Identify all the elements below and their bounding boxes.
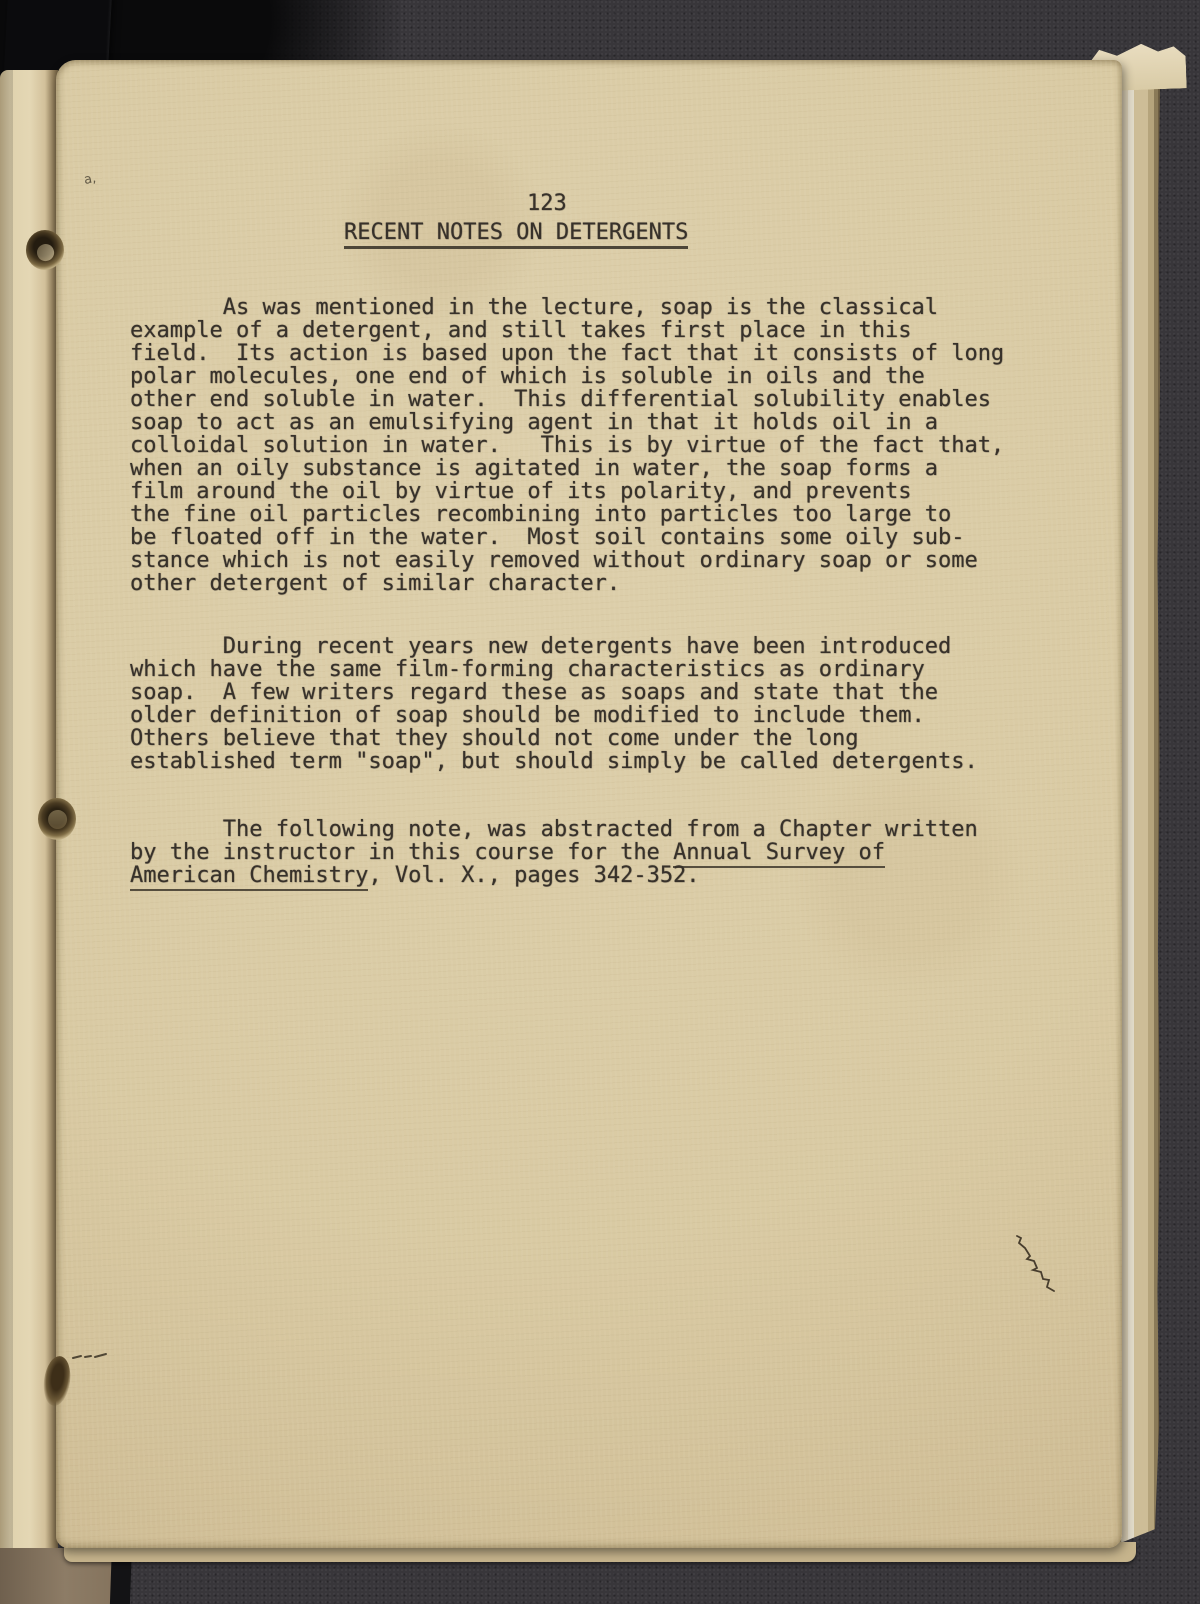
paper-texture bbox=[56, 60, 1122, 1548]
ink-squiggle-mark bbox=[995, 1228, 1065, 1308]
paragraph-3-text-2: , Vol. X., pages 342-352. bbox=[368, 863, 699, 888]
paragraph-2: During recent years new detergents have … bbox=[130, 635, 978, 773]
page-title: RECENT NOTES ON DETERGENTS bbox=[344, 221, 688, 249]
citation-annual-survey: Annual Survey of bbox=[673, 840, 885, 868]
punched-hole-middle bbox=[38, 798, 76, 840]
document-page bbox=[56, 60, 1122, 1548]
citation-american-chemistry: American Chemistry bbox=[130, 863, 368, 891]
paragraph-3: The following note, was abstracted from … bbox=[130, 818, 978, 887]
handwritten-marginalia: a, bbox=[83, 171, 98, 188]
page-edge-stack-right bbox=[1118, 58, 1160, 1544]
paragraph-1: As was mentioned in the lecture, soap is… bbox=[130, 296, 1004, 595]
pen-dash-marks bbox=[70, 1348, 114, 1364]
page-number: 123 bbox=[527, 192, 567, 215]
punched-hole-top bbox=[26, 230, 64, 270]
